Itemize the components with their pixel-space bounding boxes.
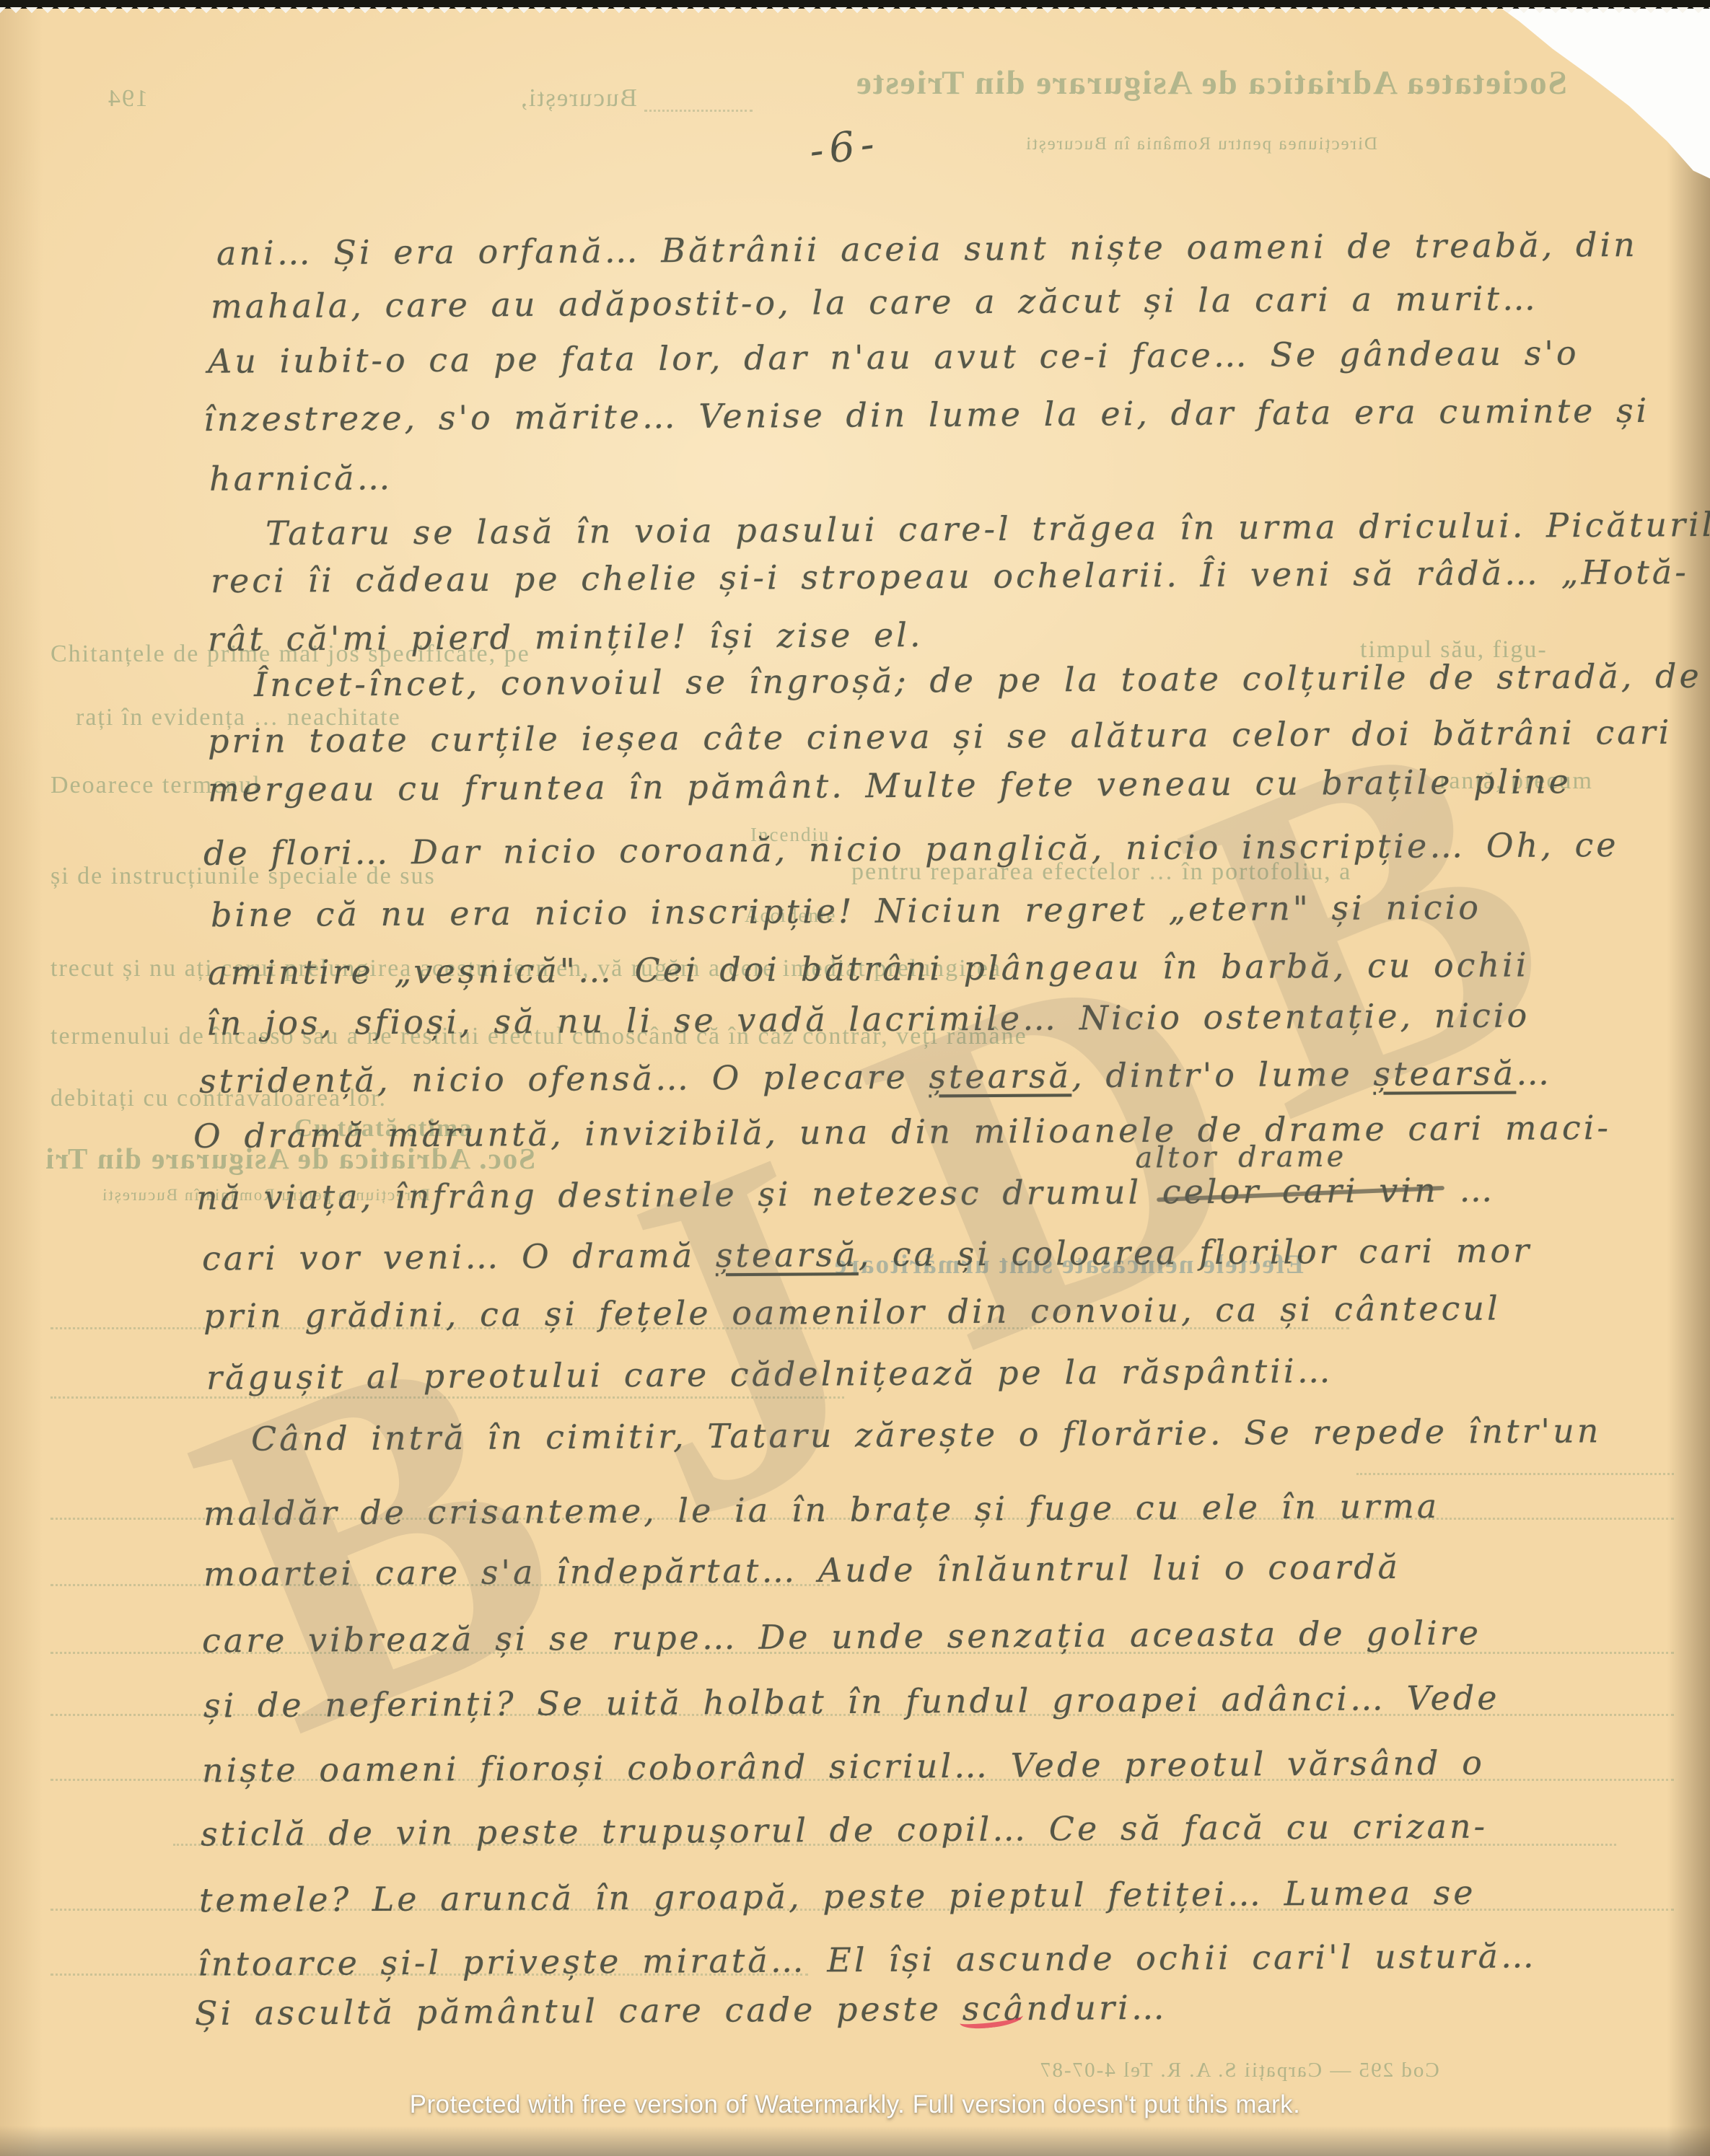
handwritten-line: mahala, care au adăpostit-o, la care a z… xyxy=(211,278,1538,325)
handwritten-line: nă viața, înfrâng destinele și netezesc … xyxy=(196,1171,1496,1218)
handwritten-line: sticlă de vin peste trupușorul de copil…… xyxy=(201,1807,1488,1854)
scanned-page: 194București,Societatea Adriatica de Asi… xyxy=(0,0,1710,2156)
handwriting-text: … xyxy=(1439,1171,1496,1210)
handwriting-text: ani… Și era orfană… Bătrânii aceia sunt … xyxy=(216,225,1638,273)
handwritten-line: reci îi cădeau pe chelie și-i stropeau o… xyxy=(211,553,1689,601)
handwriting-text: mahala, care au adăpostit-o, la care a z… xyxy=(211,278,1538,325)
dotted-rule xyxy=(644,110,753,112)
handwritten-line: harnică… xyxy=(209,458,393,498)
handwriting-text: înzestreze, s'o mărite… Venise din lume … xyxy=(203,391,1650,439)
handwritten-line: ani… Și era orfană… Bătrânii aceia sunt … xyxy=(216,225,1638,273)
ghost-print-line: București, xyxy=(519,84,637,113)
handwriting-text: întoarce și-l privește mirată… El își as… xyxy=(198,1936,1537,1983)
handwritten-line: înzestreze, s'o mărite… Venise din lume … xyxy=(203,391,1650,439)
handwriting-text: harnică… xyxy=(209,458,393,498)
watermark-letter: B xyxy=(149,1263,608,1806)
handwriting-text: rât că'mi pierd mințile! își zise el. xyxy=(208,615,924,659)
handwritten-line: Încet-încet, convoiul se îngroșă; de pe … xyxy=(254,656,1702,704)
handwritten-line: rât că'mi pierd mințile! își zise el. xyxy=(208,615,924,659)
dotted-rule xyxy=(1356,1473,1674,1475)
ghost-print-line: Societatea Adriatica de Asigurare din Tr… xyxy=(855,63,1567,102)
handwriting-text: reci îi cădeau pe chelie și-i stropeau o… xyxy=(211,553,1689,601)
handwritten-line: temele? Le aruncă în groapă, peste piept… xyxy=(199,1873,1476,1920)
page-number: -6- xyxy=(807,120,882,175)
ghost-print-line: Direcțiunea pentru România în București xyxy=(1025,134,1377,154)
handwritten-line: Tataru se lasă în voia pasului care-l tr… xyxy=(266,505,1710,553)
handwriting-text: Încet-încet, convoiul se îngroșă; de pe … xyxy=(254,656,1702,704)
ghost-print-line: 194 xyxy=(107,85,148,113)
handwritten-line: Au iubit-o ca pe fata lor, dar n'au avut… xyxy=(208,333,1579,381)
handwriting-text: Au iubit-o ca pe fata lor, dar n'au avut… xyxy=(208,333,1579,381)
handwriting-text: sticlă de vin peste trupușorul de copil…… xyxy=(201,1807,1488,1854)
handwritten-line: întoarce și-l privește mirată… El își as… xyxy=(198,1936,1537,1983)
handwriting-text: Tataru se lasă în voia pasului care-l tr… xyxy=(266,505,1710,553)
watermark-notice: Protected with free version of Watermark… xyxy=(0,2090,1710,2119)
ghost-print-line: Cod 295 — Carpații S. A. R. Tel 4-07-87 xyxy=(1039,2059,1439,2082)
torn-top-edge xyxy=(0,0,1710,9)
handwriting-text: stridență, nicio ofensă… O plecare xyxy=(199,1057,929,1101)
handwriting-text: temele? Le aruncă în groapă, peste piept… xyxy=(199,1873,1476,1920)
